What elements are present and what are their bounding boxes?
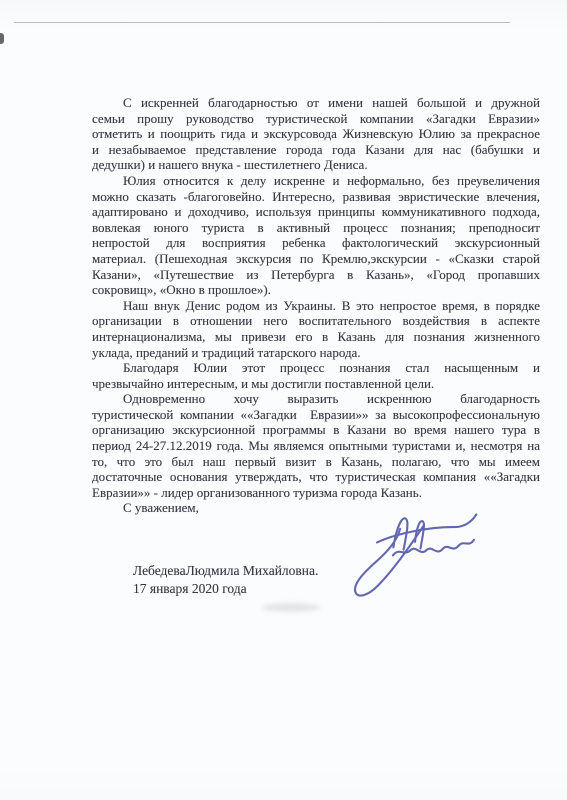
- text-line: то, что это был наш первый визит в Казан…: [92, 454, 540, 470]
- text-line: Благодаря Юлии этот процесс познания ста…: [92, 360, 540, 376]
- handwritten-signature: [335, 503, 491, 608]
- paragraph: Юлия относится к делу искренне и неформа…: [92, 173, 540, 298]
- text-line: Евразии»» - лидер организованного туризм…: [92, 485, 540, 501]
- text-line: материал. (Пешеходная экскурсия по Кремл…: [92, 251, 540, 267]
- text-line: Казани», «Путешествие из Петербурга в Ка…: [92, 267, 540, 283]
- text-line: сокровищ», «Окно в прошлое»).: [92, 282, 540, 298]
- letter-date: 17 января 2020 года: [133, 580, 318, 598]
- text-line: организацию экскурсионной программы в Ка…: [92, 422, 540, 438]
- paragraph: Одновременно хочу выразить искреннюю бла…: [92, 391, 540, 500]
- scan-artifact-smudge: [262, 603, 320, 612]
- paragraph: Наш внук Денис родом из Украины. В это н…: [92, 298, 540, 360]
- text-line: дедушки) и нашего внука - шестилетнего Д…: [92, 157, 540, 173]
- text-line: семьи прошу руководство туристической ко…: [92, 111, 540, 127]
- text-line: чрезвычайно интересным, и мы достигли по…: [92, 376, 540, 392]
- text-line: организации в отношении него воспитатель…: [92, 313, 540, 329]
- text-line: адаптировано и доходчиво, используя прин…: [92, 204, 540, 220]
- scan-artifact-top-line: [14, 22, 510, 23]
- text-line: Юлия относится к делу искренне и неформа…: [92, 173, 540, 189]
- signature-block: ЛебедеваЛюдмила Михайловна. 17 января 20…: [133, 562, 318, 597]
- text-line: достаточные основания утверждать, что ту…: [92, 469, 540, 485]
- text-line: период 24-27.12.2019 года. Мы являемся о…: [92, 438, 540, 454]
- scan-artifact-edge-mark: [0, 33, 4, 44]
- paragraph: Благодаря Юлии этот процесс познания ста…: [92, 360, 540, 391]
- signer-name: ЛебедеваЛюдмила Михайловна.: [133, 562, 318, 580]
- text-line: интернационализма, мы привези его в Каза…: [92, 329, 540, 345]
- text-line: непростой для восприятия ребенка фактоло…: [92, 235, 540, 251]
- text-line: уклада, преданий и традиций татарского н…: [92, 345, 540, 361]
- text-line: отметить и поощрить гида и экскурсовода …: [92, 126, 540, 142]
- text-line: и незабываемое представление города года…: [92, 142, 540, 158]
- text-line: Наш внук Денис родом из Украины. В это н…: [92, 298, 540, 314]
- text-line: можно сказать -благоговейно. Интересно, …: [92, 189, 540, 205]
- paragraph: С искренней благодарностью от имени наше…: [92, 95, 540, 173]
- text-line: вовлекая юного туриста в активный процес…: [92, 220, 540, 236]
- text-line: С искренней благодарностью от имени наше…: [92, 95, 540, 111]
- letter-body: С искренней благодарностью от имени наше…: [92, 95, 540, 516]
- scanned-letter-page: С искренней благодарностью от имени наше…: [0, 0, 567, 800]
- text-line: Одновременно хочу выразить искреннюю бла…: [92, 391, 540, 407]
- text-line: туристической компании ««Загадки Евразии…: [92, 407, 540, 423]
- signature-scribble-icon: [335, 503, 491, 608]
